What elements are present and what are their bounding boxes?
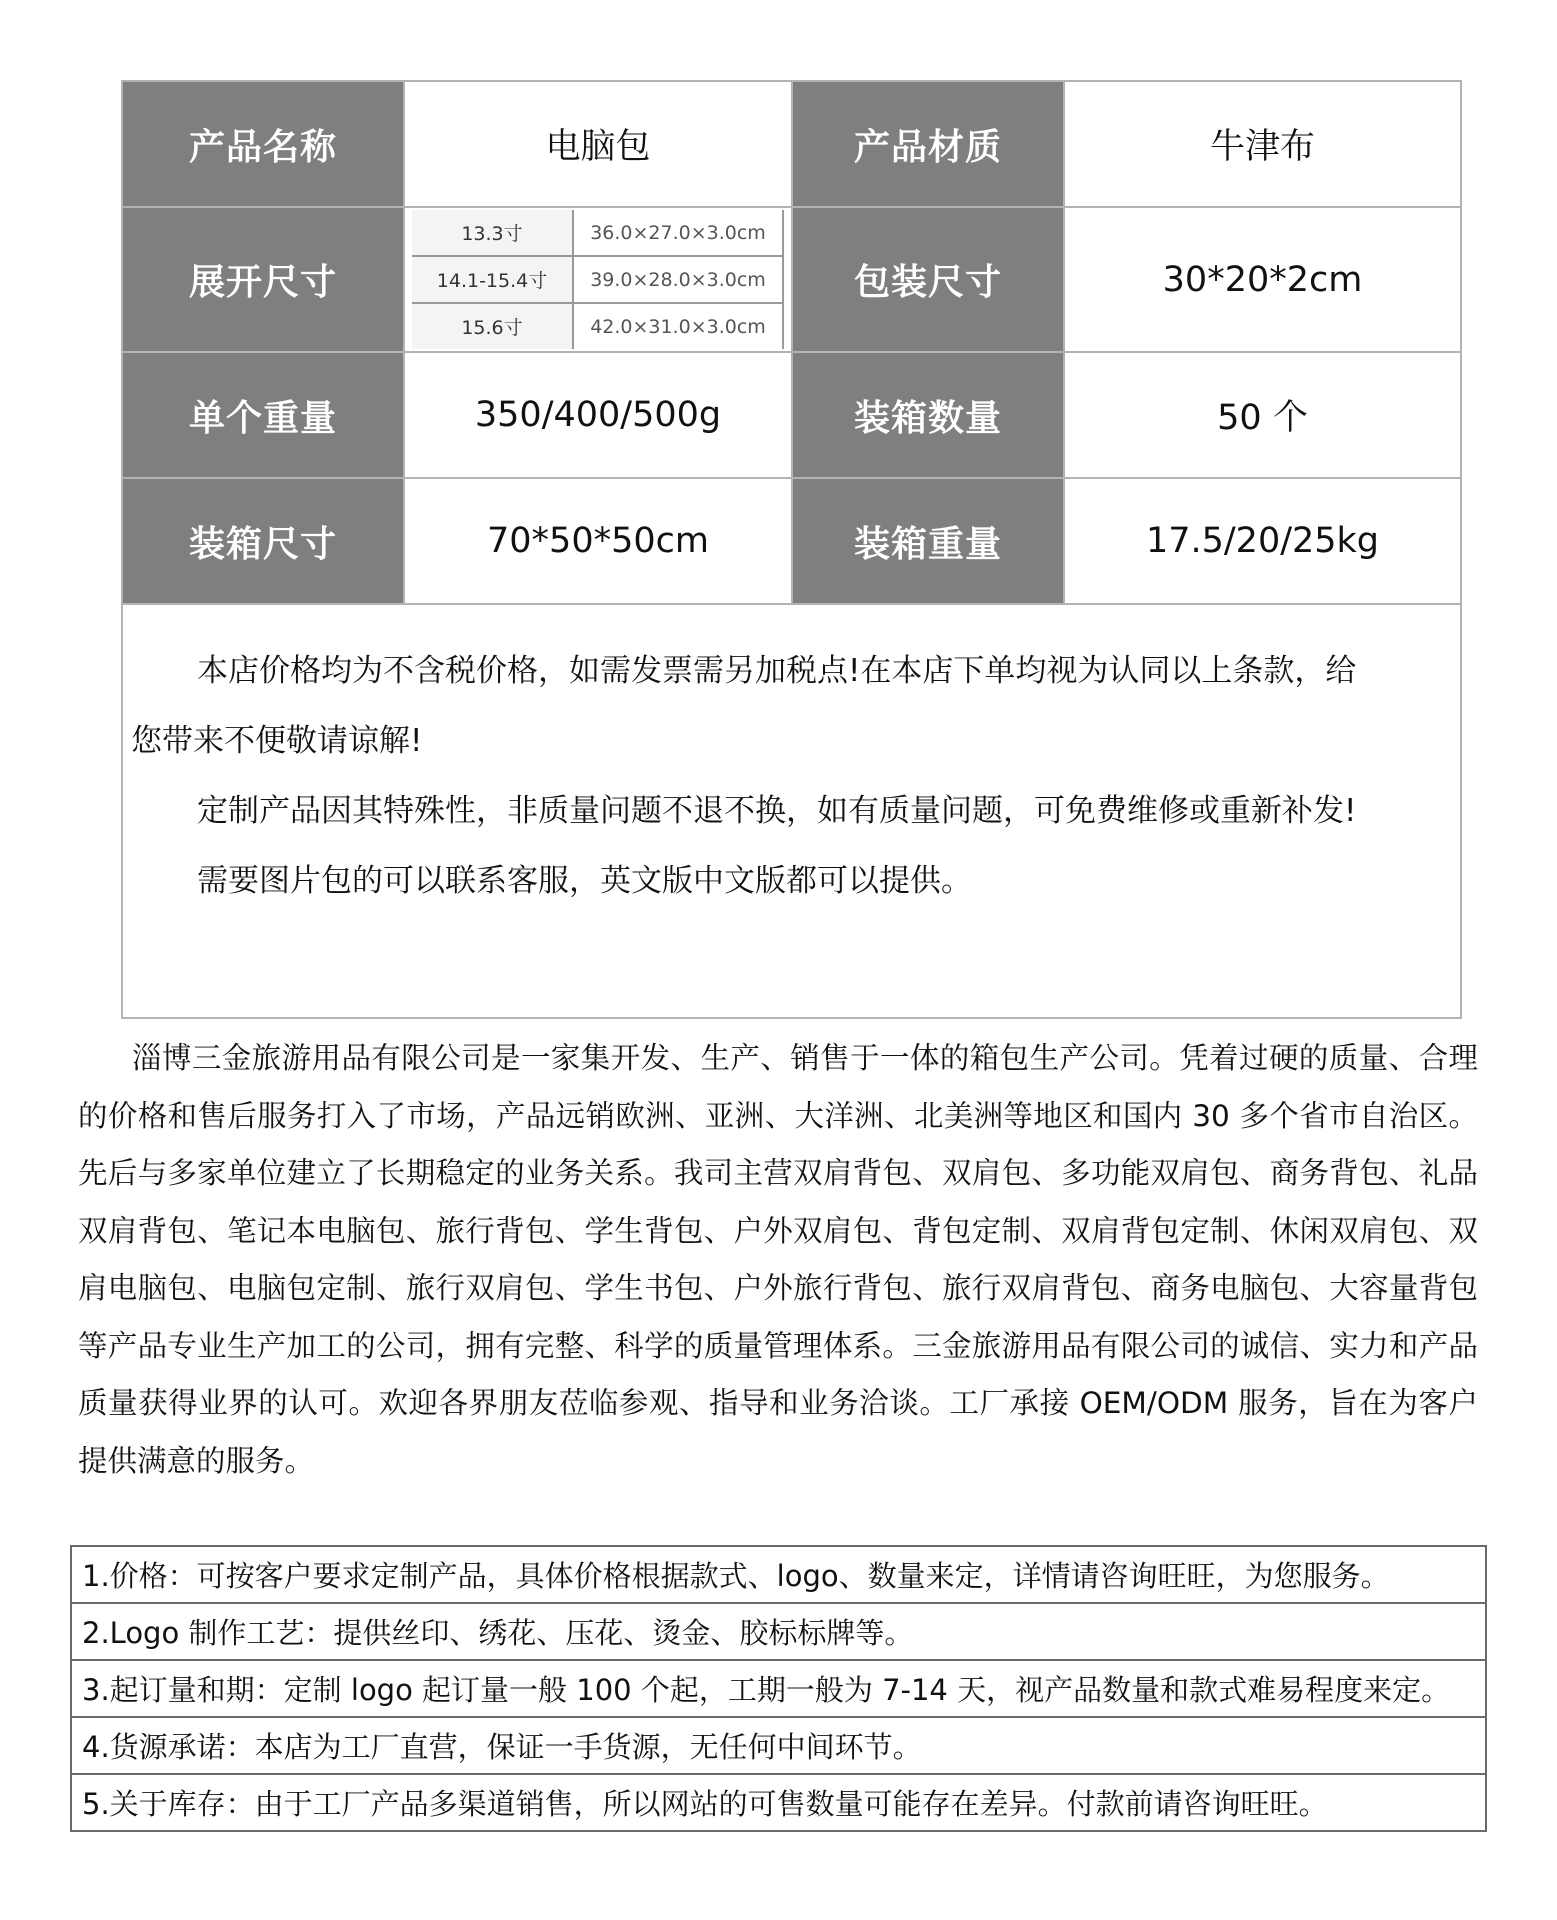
size-dimensions: 39.0×28.0×3.0cm xyxy=(573,256,783,303)
terms-row: 3.起订量和期：定制 logo 起订量一般 100 个起，工期一般为 7-14 … xyxy=(71,1660,1486,1717)
size-label: 13.3寸 xyxy=(412,210,573,256)
unfolded-size-table: 13.3寸 36.0×27.0×3.0cm 14.1-15.4寸 39.0×28… xyxy=(412,210,784,349)
note-image-pack: 需要图片包的可以联系客服，英文版中文版都可以提供。 xyxy=(131,861,1452,901)
terms-table: 1.价格：可按客户要求定制产品，具体价格根据款式、logo、数量来定，详情请咨询… xyxy=(70,1545,1487,1832)
term-logo-craft: 2.Logo 制作工艺：提供丝印、绣花、压花、烫金、胶标标牌等。 xyxy=(71,1603,1486,1660)
size-label: 15.6寸 xyxy=(412,303,573,349)
label-carton-weight: 装箱重量 xyxy=(792,478,1064,604)
value-carton-weight: 17.5/20/25kg xyxy=(1064,478,1461,604)
spec-row: 装箱尺寸 70*50*50cm 装箱重量 17.5/20/25kg xyxy=(122,478,1461,604)
note-tax-line-cont: 您带来不便敬请谅解! xyxy=(131,721,1452,761)
label-unfolded-size: 展开尺寸 xyxy=(122,207,404,352)
label-unit-weight: 单个重量 xyxy=(122,352,404,478)
spec-row: 单个重量 350/400/500g 装箱数量 50 个 xyxy=(122,352,1461,478)
term-moq-leadtime: 3.起订量和期：定制 logo 起订量一般 100 个起，工期一般为 7-14 … xyxy=(71,1660,1486,1717)
company-intro-paragraph: 淄博三金旅游用品有限公司是一家集开发、生产、销售于一体的箱包生产公司。凭着过硬的… xyxy=(78,1030,1478,1490)
terms-row: 1.价格：可按客户要求定制产品，具体价格根据款式、logo、数量来定，详情请咨询… xyxy=(71,1546,1486,1603)
value-package-size: 30*20*2cm xyxy=(1064,207,1461,352)
size-row: 15.6寸 42.0×31.0×3.0cm xyxy=(412,303,783,349)
size-dimensions: 42.0×31.0×3.0cm xyxy=(573,303,783,349)
value-carton-quantity: 50 个 xyxy=(1064,352,1461,478)
term-source: 4.货源承诺：本店为工厂直营，保证一手货源，无任何中间环节。 xyxy=(71,1717,1486,1774)
value-unfolded-size: 13.3寸 36.0×27.0×3.0cm 14.1-15.4寸 39.0×28… xyxy=(404,207,792,352)
size-dimensions: 36.0×27.0×3.0cm xyxy=(573,210,783,256)
label-material: 产品材质 xyxy=(792,81,1064,207)
value-carton-size: 70*50*50cm xyxy=(404,478,792,604)
note-return-policy: 定制产品因其特殊性，非质量问题不退不换，如有质量问题，可免费维修或重新补发! xyxy=(131,791,1452,831)
term-price: 1.价格：可按客户要求定制产品，具体价格根据款式、logo、数量来定，详情请咨询… xyxy=(71,1546,1486,1603)
note-tax-line: 本店价格均为不含税价格，如需发票需另加税点!在本店下单均视为认同以上条款，给 xyxy=(131,651,1452,691)
value-product-name: 电脑包 xyxy=(404,81,792,207)
label-carton-size: 装箱尺寸 xyxy=(122,478,404,604)
terms-row: 4.货源承诺：本店为工厂直营，保证一手货源，无任何中间环节。 xyxy=(71,1717,1486,1774)
value-unit-weight: 350/400/500g xyxy=(404,352,792,478)
terms-row: 5.关于库存：由于工厂产品多渠道销售，所以网站的可售数量可能存在差异。付款前请咨… xyxy=(71,1774,1486,1831)
product-spec-table: 产品名称 电脑包 产品材质 牛津布 展开尺寸 13.3寸 36.0×27.0×3… xyxy=(121,80,1462,605)
spec-row: 展开尺寸 13.3寸 36.0×27.0×3.0cm 14.1-15.4寸 39… xyxy=(122,207,1461,352)
term-inventory: 5.关于库存：由于工厂产品多渠道销售，所以网站的可售数量可能存在差异。付款前请咨… xyxy=(71,1774,1486,1831)
label-package-size: 包装尺寸 xyxy=(792,207,1064,352)
label-product-name: 产品名称 xyxy=(122,81,404,207)
terms-row: 2.Logo 制作工艺：提供丝印、绣花、压花、烫金、胶标标牌等。 xyxy=(71,1603,1486,1660)
size-row: 14.1-15.4寸 39.0×28.0×3.0cm xyxy=(412,256,783,303)
size-row: 13.3寸 36.0×27.0×3.0cm xyxy=(412,210,783,256)
label-carton-quantity: 装箱数量 xyxy=(792,352,1064,478)
value-material: 牛津布 xyxy=(1064,81,1461,207)
size-label: 14.1-15.4寸 xyxy=(412,256,573,303)
spec-row: 产品名称 电脑包 产品材质 牛津布 xyxy=(122,81,1461,207)
store-notes-box: 本店价格均为不含税价格，如需发票需另加税点!在本店下单均视为认同以上条款，给 您… xyxy=(121,603,1462,1019)
